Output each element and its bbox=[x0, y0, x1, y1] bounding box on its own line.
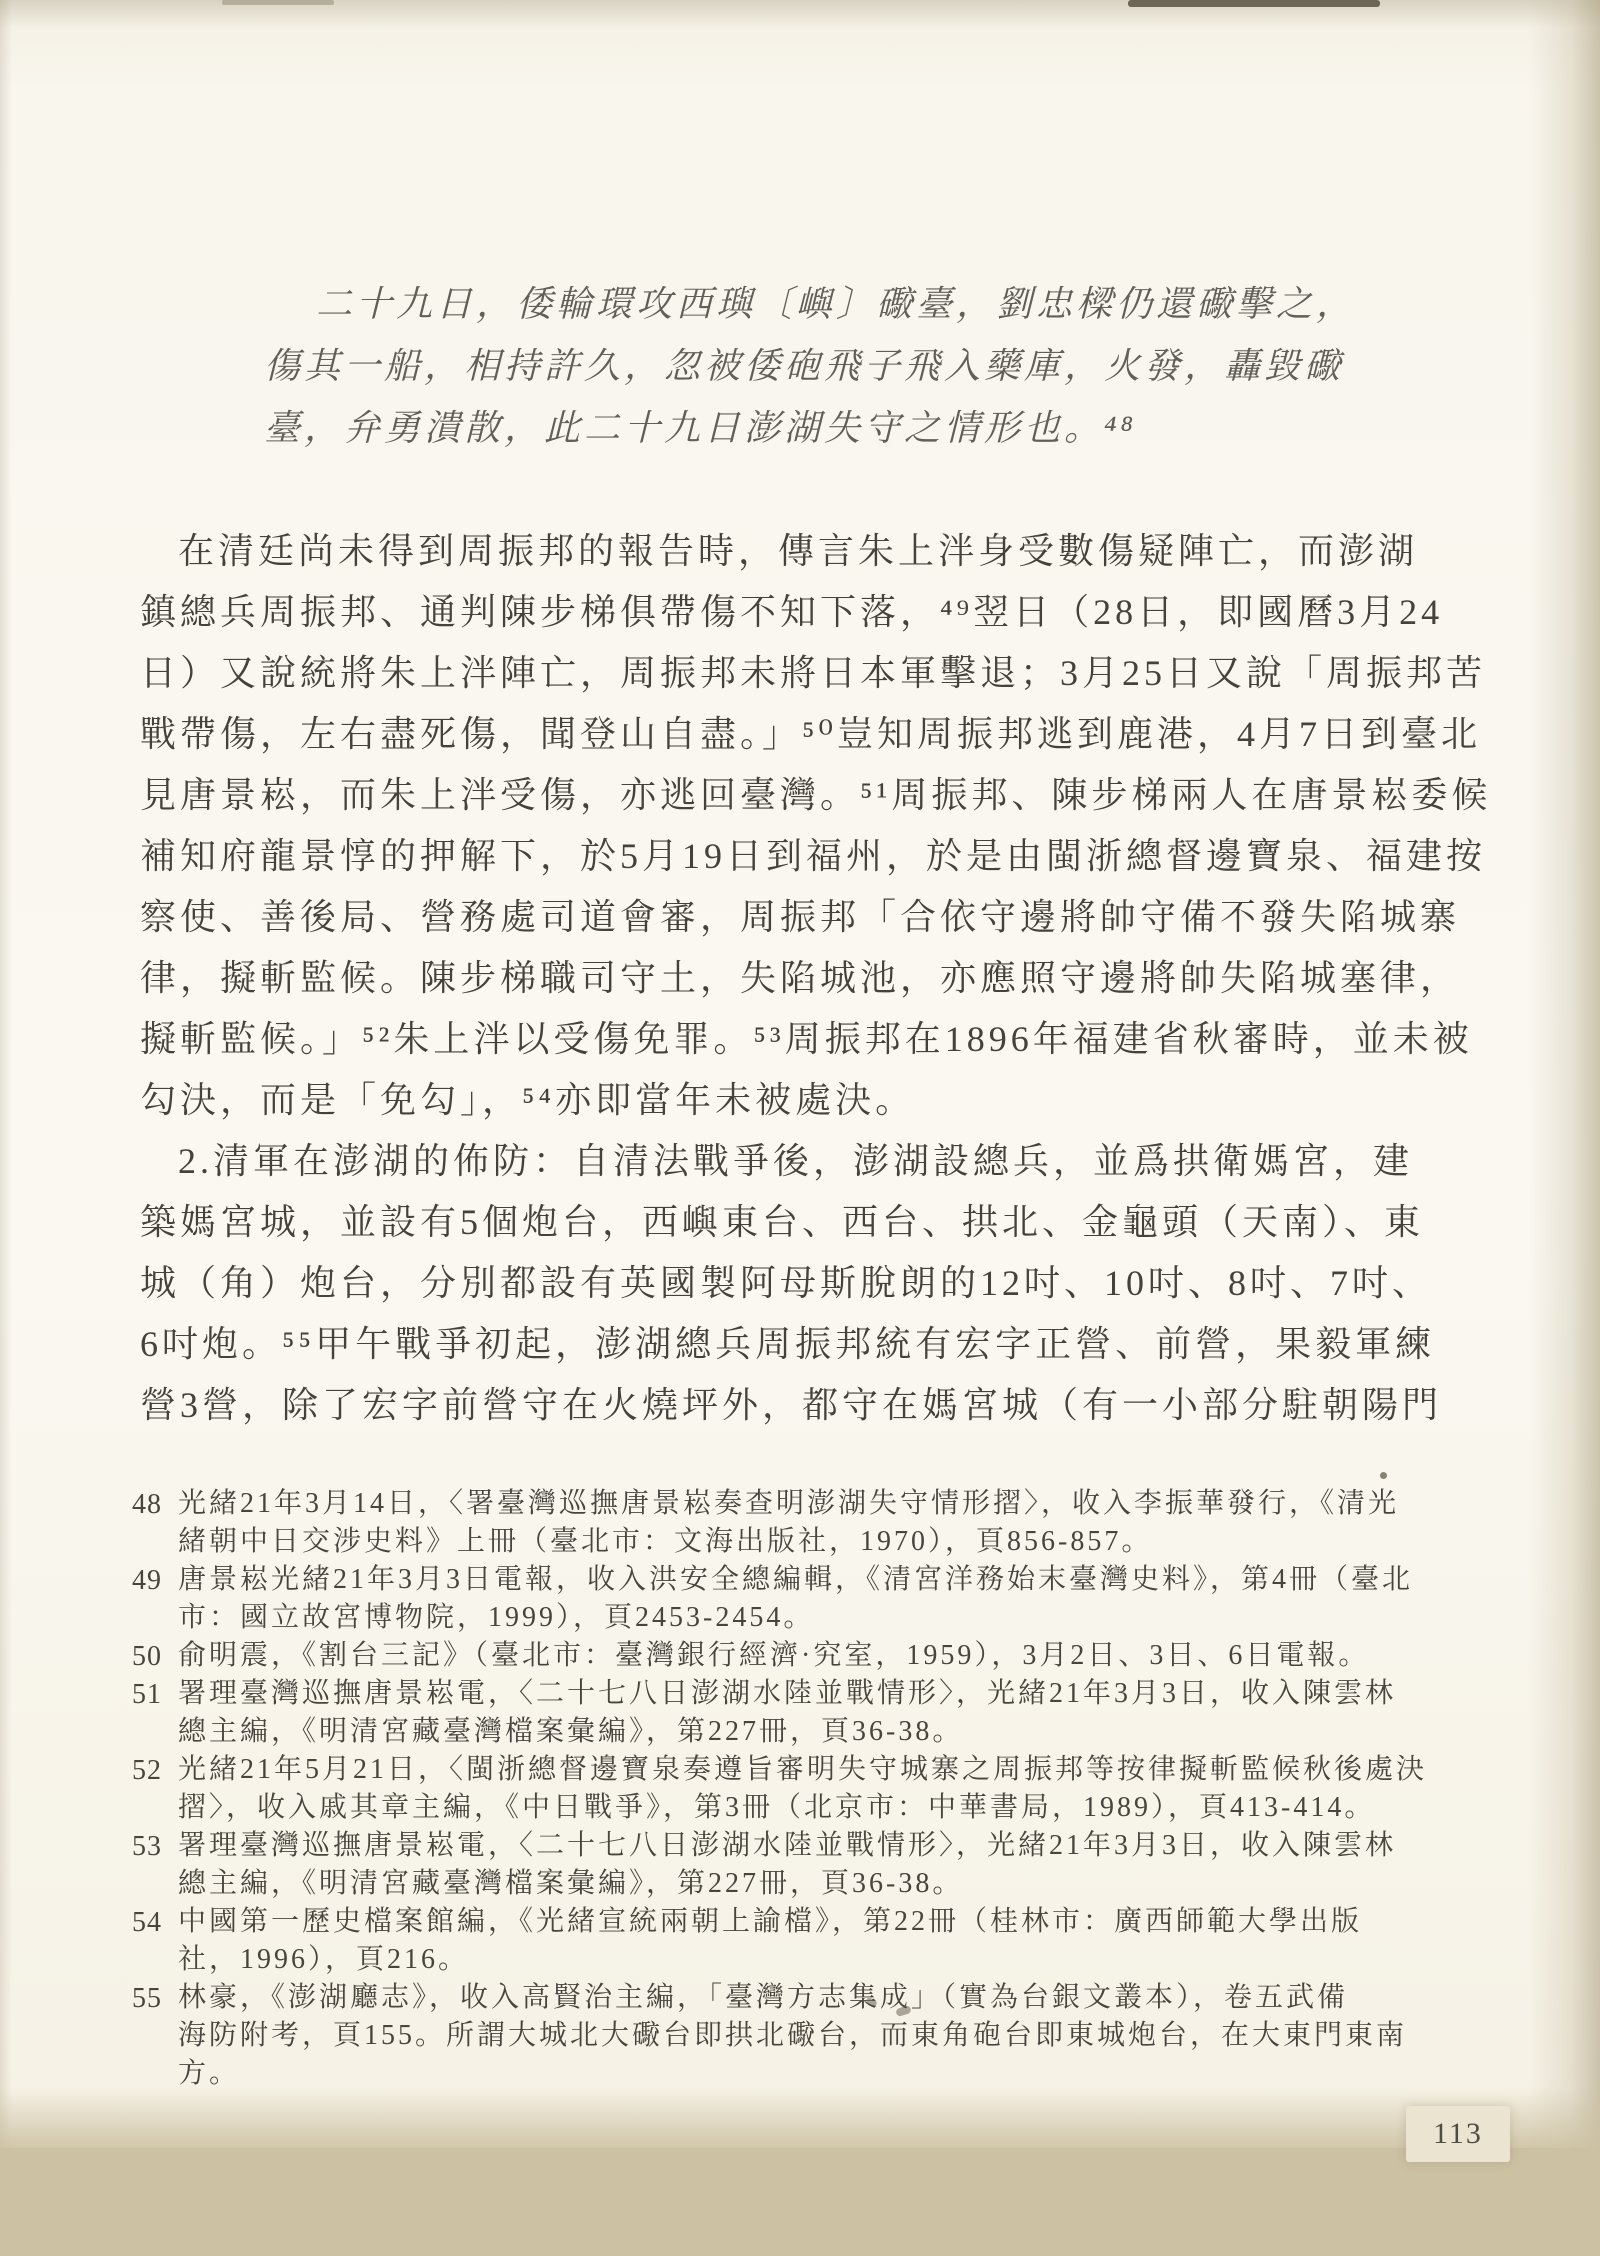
footnote-text: 署理臺灣巡撫唐景崧電，〈二十七八日澎湖水陸並戰情形〉，光緒21年3月3日，收入陳… bbox=[178, 1676, 1477, 1752]
footnote-line: 總主編，《明清宮藏臺灣檔案彙編》，第227冊，頁36-38。 bbox=[178, 1866, 1477, 1904]
footnote-line: 署理臺灣巡撫唐景崧電，〈二十七八日澎湖水陸並戰情形〉，光緒21年3月3日，收入陳… bbox=[178, 1828, 1477, 1866]
body-line: 補知府龍景惇的押解下，於5月19日到福州，於是由閩浙總督邊寶泉、福建按 bbox=[140, 829, 1490, 890]
footnote-54: 54 中國第一歷史檔案館編，《光緒宣統兩朝上諭檔》，第22冊（桂林市：廣西師範大… bbox=[132, 1904, 1477, 1980]
footnote-52: 52 光緒21年5月21日，〈閩浙總督邊寶泉奏遵旨審明失守城寨之周振邦等按律擬斬… bbox=[132, 1752, 1477, 1828]
footnote-line: 摺〉，收入戚其章主編，《中日戰爭》，第3冊（北京市：中華書局，1989），頁41… bbox=[178, 1790, 1477, 1828]
body-line: 擬斬監候。」⁵²朱上泮以受傷免罪。⁵³周振邦在1896年福建省秋審時，並未被 bbox=[140, 1012, 1490, 1073]
footnote-line: 中國第一歷史檔案館編，《光緒宣統兩朝上諭檔》，第22冊（桂林市：廣西師範大學出版 bbox=[178, 1904, 1477, 1942]
footnote-line: 林豪，《澎湖廳志》，收入高賢治主編，「臺灣方志集成」（實為台銀文叢本），卷五武備 bbox=[178, 1980, 1477, 2018]
scan-edge-bottom bbox=[0, 2148, 1600, 2256]
footnote-50: 50 俞明震，《割台三記》（臺北市：臺灣銀行經濟·究室，1959），3月2日、3… bbox=[132, 1638, 1477, 1676]
scan-edge-bottom-fade bbox=[0, 2088, 1600, 2150]
footnote-49: 49 唐景崧光緒21年3月3日電報，收入洪安全總編輯，《清宮洋務始末臺灣史料》，… bbox=[132, 1562, 1477, 1638]
footnote-number: 50 bbox=[132, 1638, 178, 1676]
footnote-number: 54 bbox=[132, 1904, 178, 1942]
footnote-number: 52 bbox=[132, 1752, 178, 1790]
body-line: 2.清軍在澎湖的佈防：自清法戰爭後，澎湖設總兵，並爲拱衛媽宮，建 bbox=[140, 1134, 1490, 1195]
body-line: 勾決，而是「免勾」，⁵⁴亦即當年未被處決。 bbox=[140, 1073, 1490, 1134]
footnote-line: 光緒21年5月21日，〈閩浙總督邊寶泉奏遵旨審明失守城寨之周振邦等按律擬斬監候秋… bbox=[178, 1752, 1477, 1790]
footnote-number: 55 bbox=[132, 1980, 178, 2018]
page-number-label: 113 bbox=[1433, 2117, 1483, 2151]
scan-edge-right bbox=[1528, 0, 1600, 2256]
footnote-line: 海防附考，頁155。所謂大城北大礮台即拱北礮台，而東角砲台即東城炮台，在大東門東… bbox=[178, 2018, 1477, 2056]
body-line: 營3營，除了宏字前營守在火燒坪外，都守在媽宮城（有一小部分駐朝陽門 bbox=[140, 1378, 1490, 1439]
body-line: 見唐景崧，而朱上泮受傷，亦逃回臺灣。⁵¹周振邦、陳步梯兩人在唐景崧委候 bbox=[140, 768, 1490, 829]
quote-line: 臺，弁勇潰散，此二十九日澎湖失守之情形也。⁴⁸ bbox=[264, 402, 1364, 464]
paragraph-2: 2.清軍在澎湖的佈防：自清法戰爭後，澎湖設總兵，並爲拱衛媽宮，建 築媽宮城，並設… bbox=[140, 1134, 1490, 1439]
body-line: 在清廷尚未得到周振邦的報告時，傳言朱上泮身受數傷疑陣亡，而澎湖 bbox=[140, 524, 1490, 585]
body-line: 鎮總兵周振邦、通判陳步梯俱帶傷不知下落，⁴⁹翌日（28日，即國曆3月24 bbox=[140, 585, 1490, 646]
footnote-line: 市：國立故宮博物院，1999），頁2453-2454。 bbox=[178, 1600, 1477, 1638]
footnote-number: 49 bbox=[132, 1562, 178, 1600]
footnote-number: 51 bbox=[132, 1676, 178, 1714]
footnote-number: 48 bbox=[132, 1486, 178, 1524]
block-quote: 二十九日，倭輪環攻西璵〔嶼〕礮臺，劉忠樑仍還礮擊之， 傷其一船，相持許久，忽被倭… bbox=[264, 278, 1364, 464]
footnote-text: 光緒21年3月14日，〈署臺灣巡撫唐景崧奏查明澎湖失守情形摺〉，收入李振華發行，… bbox=[178, 1486, 1477, 1562]
footnote-text: 唐景崧光緒21年3月3日電報，收入洪安全總編輯，《清宮洋務始末臺灣史料》，第4冊… bbox=[178, 1562, 1477, 1638]
body-line: 戰帶傷，左右盡死傷，聞登山自盡。」⁵⁰豈知周振邦逃到鹿港，4月7日到臺北 bbox=[140, 707, 1490, 768]
body-line: 築媽宮城，並設有5個炮台，西嶼東台、西台、拱北、金龜頭（天南）、東 bbox=[140, 1195, 1490, 1256]
scan-edge-left bbox=[0, 0, 12, 2256]
scan-speck bbox=[1380, 1472, 1387, 1479]
footnote-number: 53 bbox=[132, 1828, 178, 1866]
footnote-line: 緒朝中日交涉史料》上冊（臺北市：文海出版社，1970），頁856-857。 bbox=[178, 1524, 1477, 1562]
body-line: 6吋炮。⁵⁵甲午戰爭初起，澎湖總兵周振邦統有宏字正營、前營，果毅軍練 bbox=[140, 1317, 1490, 1378]
footnote-line: 光緒21年3月14日，〈署臺灣巡撫唐景崧奏查明澎湖失守情形摺〉，收入李振華發行，… bbox=[178, 1486, 1477, 1524]
body-line: 察使、善後局、營務處司道會審，周振邦「合依守邊將帥守備不發失陷城寨 bbox=[140, 890, 1490, 951]
footnote-line: 社，1996），頁216。 bbox=[178, 1942, 1477, 1980]
footnote-line: 俞明震，《割台三記》（臺北市：臺灣銀行經濟·究室，1959），3月2日、3日、6… bbox=[178, 1638, 1477, 1676]
body-line: 日）又說統將朱上泮陣亡，周振邦未將日本軍擊退；3月25日又說「周振邦苦 bbox=[140, 646, 1490, 707]
footnotes-section: 48 光緒21年3月14日，〈署臺灣巡撫唐景崧奏查明澎湖失守情形摺〉，收入李振華… bbox=[132, 1486, 1477, 2094]
footnote-text: 中國第一歷史檔案館編，《光緒宣統兩朝上諭檔》，第22冊（桂林市：廣西師範大學出版… bbox=[178, 1904, 1477, 1980]
quote-line: 傷其一船，相持許久，忽被倭砲飛子飛入藥庫，火發，轟毀礮 bbox=[264, 340, 1364, 402]
page-number: 113 bbox=[1406, 2106, 1510, 2162]
body-line: 律，擬斬監候。陳步梯職司守土，失陷城池，亦應照守邊將帥失陷城塞律， bbox=[140, 951, 1490, 1012]
footnote-text: 光緒21年5月21日，〈閩浙總督邊寶泉奏遵旨審明失守城寨之周振邦等按律擬斬監候秋… bbox=[178, 1752, 1477, 1828]
body-text: 在清廷尚未得到周振邦的報告時，傳言朱上泮身受數傷疑陣亡，而澎湖 鎮總兵周振邦、通… bbox=[140, 524, 1490, 1439]
scan-artifact-line-small bbox=[222, 0, 334, 5]
footnote-48: 48 光緒21年3月14日，〈署臺灣巡撫唐景崧奏查明澎湖失守情形摺〉，收入李振華… bbox=[132, 1486, 1477, 1562]
footnote-line: 總主編，《明清宮藏臺灣檔案彙編》，第227冊，頁36-38。 bbox=[178, 1714, 1477, 1752]
footnote-text: 署理臺灣巡撫唐景崧電，〈二十七八日澎湖水陸並戰情形〉，光緒21年3月3日，收入陳… bbox=[178, 1828, 1477, 1904]
footnote-53: 53 署理臺灣巡撫唐景崧電，〈二十七八日澎湖水陸並戰情形〉，光緒21年3月3日，… bbox=[132, 1828, 1477, 1904]
scanned-page: 二十九日，倭輪環攻西璵〔嶼〕礮臺，劉忠樑仍還礮擊之， 傷其一船，相持許久，忽被倭… bbox=[0, 0, 1600, 2256]
footnote-line: 署理臺灣巡撫唐景崧電，〈二十七八日澎湖水陸並戰情形〉，光緒21年3月3日，收入陳… bbox=[178, 1676, 1477, 1714]
paragraph-1: 在清廷尚未得到周振邦的報告時，傳言朱上泮身受數傷疑陣亡，而澎湖 鎮總兵周振邦、通… bbox=[140, 524, 1490, 1134]
footnote-text: 俞明震，《割台三記》（臺北市：臺灣銀行經濟·究室，1959），3月2日、3日、6… bbox=[178, 1638, 1477, 1676]
scan-artifact-line bbox=[1128, 0, 1380, 7]
quote-line: 二十九日，倭輪環攻西璵〔嶼〕礮臺，劉忠樑仍還礮擊之， bbox=[264, 278, 1364, 340]
footnote-51: 51 署理臺灣巡撫唐景崧電，〈二十七八日澎湖水陸並戰情形〉，光緒21年3月3日，… bbox=[132, 1676, 1477, 1752]
body-line: 城（角）炮台，分別都設有英國製阿母斯脫朗的12吋、10吋、8吋、7吋、 bbox=[140, 1256, 1490, 1317]
footnote-55: 55 林豪，《澎湖廳志》，收入高賢治主編，「臺灣方志集成」（實為台銀文叢本），卷… bbox=[132, 1980, 1477, 2094]
footnote-line: 唐景崧光緒21年3月3日電報，收入洪安全總編輯，《清宮洋務始末臺灣史料》，第4冊… bbox=[178, 1562, 1477, 1600]
footnote-text: 林豪，《澎湖廳志》，收入高賢治主編，「臺灣方志集成」（實為台銀文叢本），卷五武備… bbox=[178, 1980, 1477, 2094]
